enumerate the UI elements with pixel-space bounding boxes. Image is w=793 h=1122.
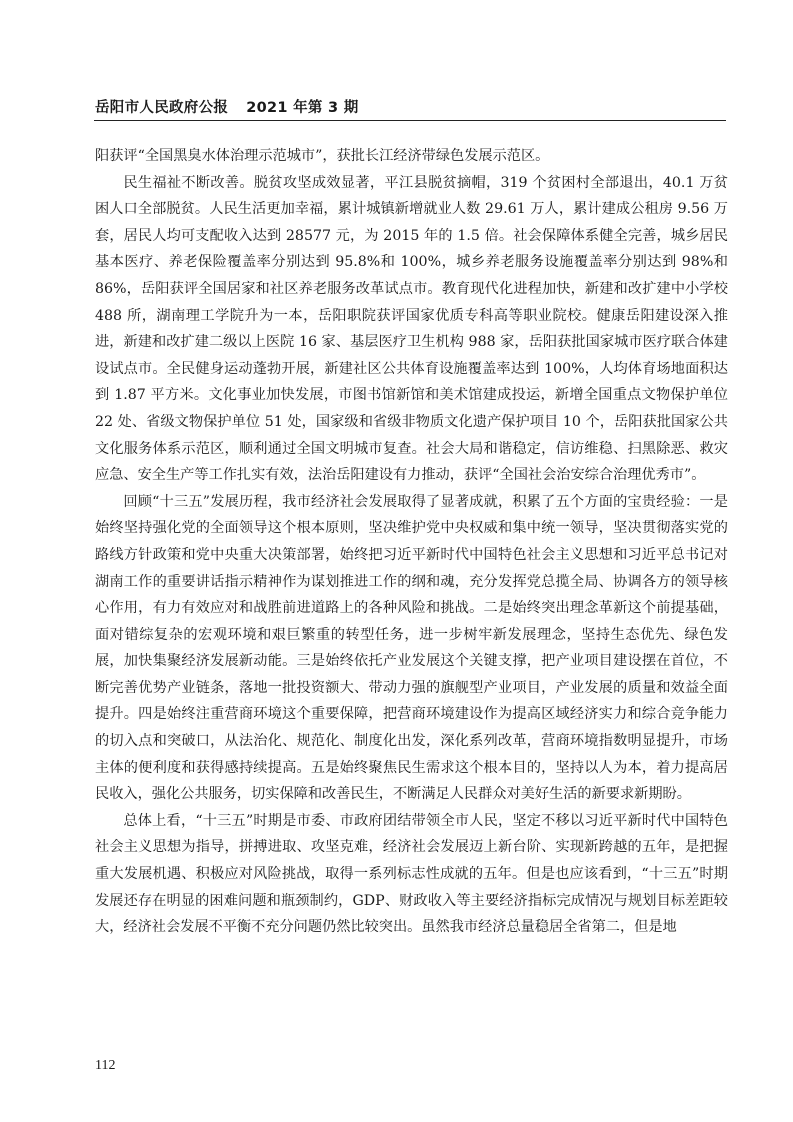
paragraph-experience: 回顾“十三五”发展历程，我市经济社会发展取得了显著成就，积累了五个方面的宝贵经验… <box>95 489 728 808</box>
paragraph-summary: 总体上看，“十三五”时期是市委、市政府团结带领全市人民，坚定不移以习近平新时代中… <box>95 808 728 941</box>
paragraph-continued: 阳获评“全国黑臭水体治理示范城市”，获批长江经济带绿色发展示范区。 <box>95 143 728 170</box>
publication-title: 岳阳市人民政府公报 <box>95 100 228 116</box>
running-header: 岳阳市人民政府公报2021 年第 3 期 <box>95 96 725 117</box>
issue-number: 2021 年第 3 期 <box>246 100 358 116</box>
page-number: 112 <box>95 1058 115 1074</box>
header-rule <box>94 120 726 121</box>
article-body: 阳获评“全国黑臭水体治理示范城市”，获批长江经济带绿色发展示范区。 民生福祉不断… <box>95 143 728 941</box>
paragraph-livelihood: 民生福祉不断改善。脱贫攻坚成效显著，平江县脱贫摘帽，319 个贫困村全部退出，4… <box>95 170 728 489</box>
